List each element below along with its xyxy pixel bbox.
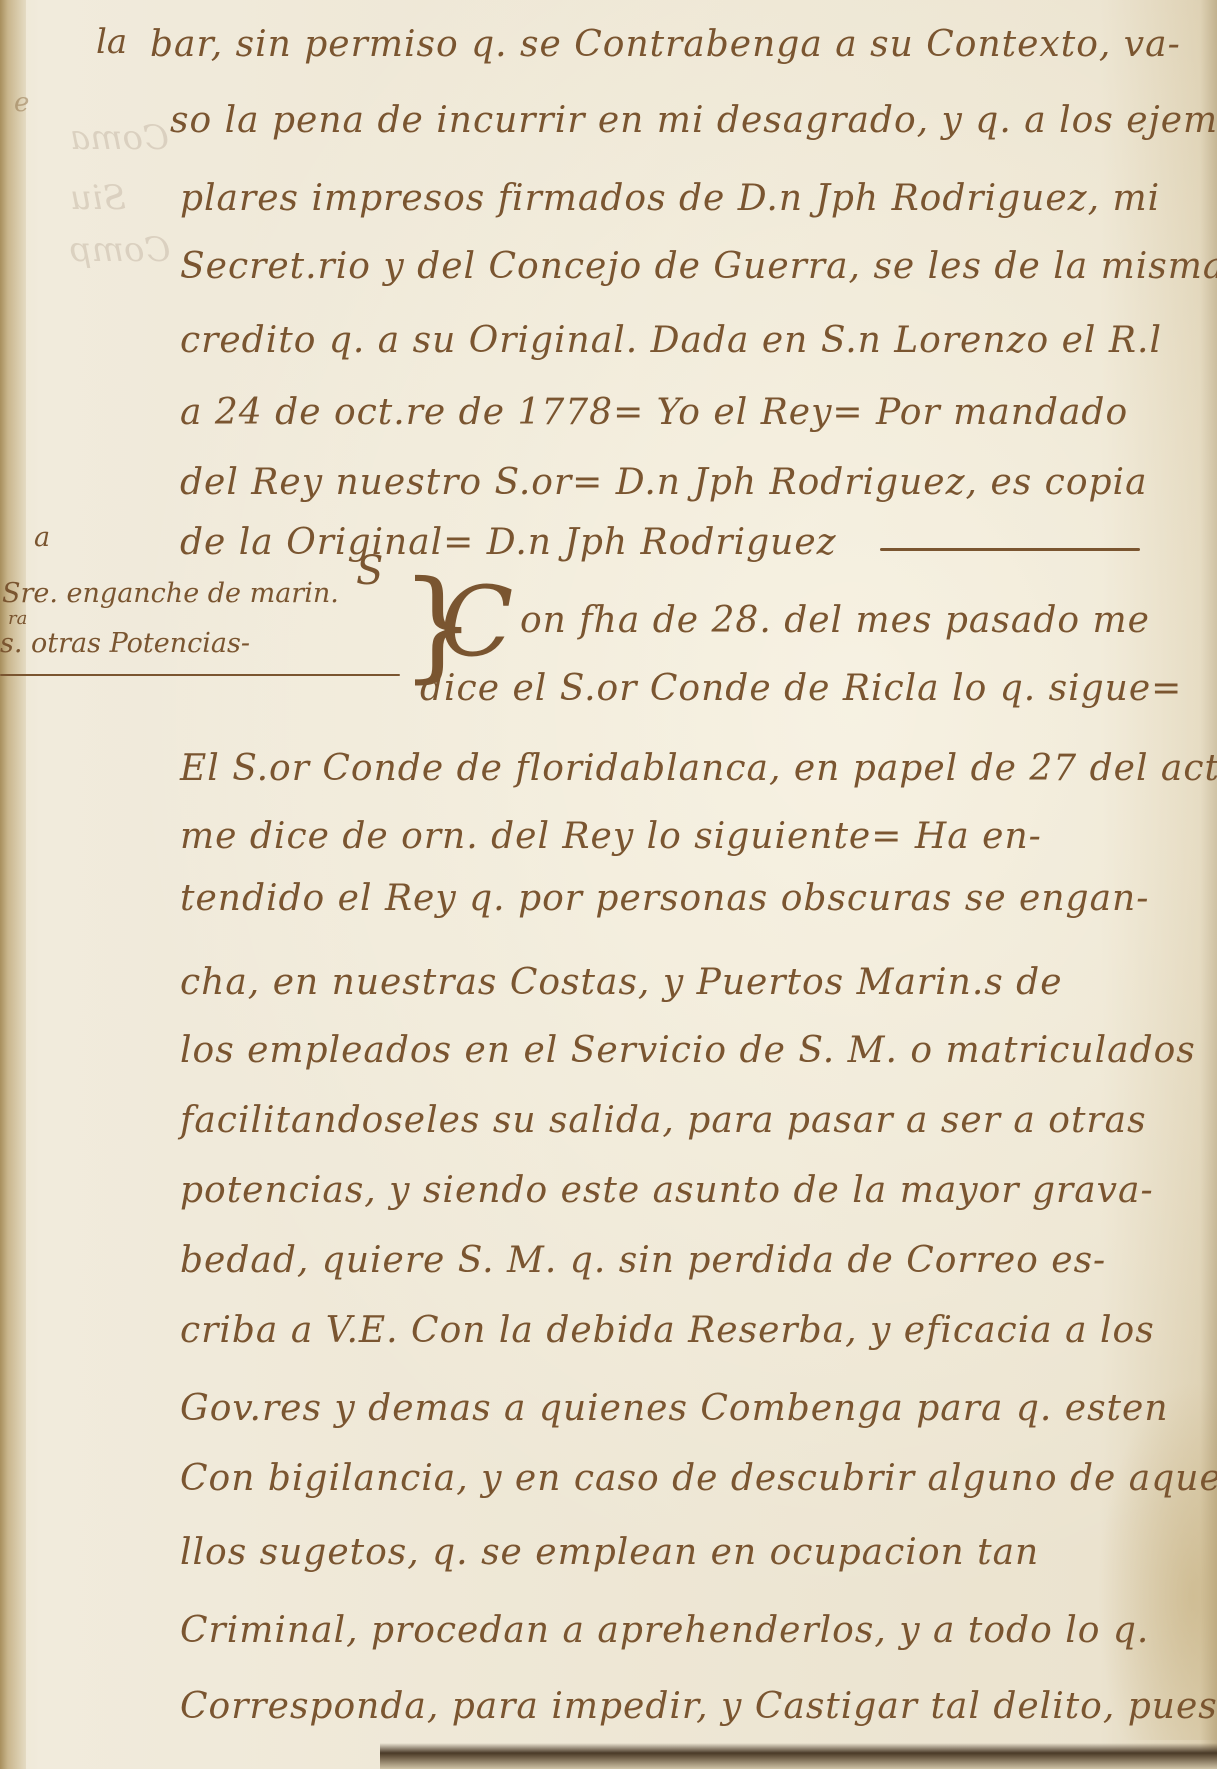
section-line: criba a V.E. Con la debida Reserba, y ef… [180, 1310, 1155, 1351]
section-line: facilitandoseles su salida, para pasar a… [180, 1100, 1147, 1141]
section-line: Criminal, procedan a aprehenderlos, y a … [180, 1610, 1149, 1651]
section-line: Corresponda, para impedir, y Castigar ta… [180, 1686, 1217, 1727]
text-line: de la Original= D.n Jph Rodriguez [180, 522, 837, 563]
section-line: me dice de orn. del Rey lo siguiente= Ha… [180, 816, 1042, 857]
margin-note-prefix: a [34, 522, 50, 553]
margin-note-line-3: s. otras Potencias- [0, 628, 250, 659]
section-line: llos sugetos, q. se emplean en ocupacion… [180, 1532, 1039, 1573]
text-line: a 24 de oct.re de 1778= Yo el Rey= Por m… [180, 392, 1128, 433]
section-line: cha, en nuestras Costas, y Puertos Marin… [180, 962, 1063, 1003]
bleed-word: Comp [70, 230, 171, 270]
text-line: bar, sin permiso q. se Contrabenga a su … [150, 24, 1181, 65]
text-line: Secret.rio y del Concejo de Guerra, se l… [180, 246, 1217, 287]
text-line: credito q. a su Original. Dada en S.n Lo… [180, 320, 1162, 361]
section-line: tendido el Rey q. por personas obscuras … [180, 878, 1149, 919]
section-line: Gov.res y demas a quienes Combenga para … [180, 1388, 1169, 1429]
section-line: bedad, quiere S. M. q. sin perdida de Co… [180, 1240, 1106, 1281]
margin-note-line-2: ra [8, 608, 27, 629]
text-line: del Rey nuestro S.or= D.n Jph Rodriguez,… [180, 462, 1148, 503]
margin-fragment: la [96, 22, 127, 62]
text-line: so la pena de incurrir en mi desagrado, … [170, 100, 1217, 141]
section-line: los empleados en el Servicio de S. M. o … [180, 1030, 1196, 1071]
binding-gutter [0, 0, 26, 1769]
section-line: El S.or Conde de floridablanca, en papel… [180, 748, 1217, 789]
page-bottom-edge [380, 1743, 1217, 1769]
manuscript-page: Coma Siu Comp la e a Sre. enganche de ma… [0, 0, 1217, 1769]
margin-underline [0, 674, 400, 676]
bleed-word: Siu [70, 178, 126, 218]
section-line: dice el S.or Conde de Ricla lo q. sigue= [420, 668, 1182, 709]
section-line: on fha de 28. del mes pasado me [520, 600, 1150, 641]
text-line: plares impresos firmados de D.n Jph Rodr… [180, 178, 1160, 219]
margin-note-line-1: Sre. enganche de marin. [2, 578, 339, 609]
drop-cap: C [440, 574, 513, 670]
section-line: Con bigilancia, y en caso de descubrir a… [180, 1458, 1217, 1499]
margin-fragment-small: e [14, 88, 29, 118]
section-line: potencias, y siendo este asunto de la ma… [180, 1170, 1154, 1211]
closing-rule [880, 548, 1140, 551]
bleed-word: Coma [70, 118, 169, 158]
